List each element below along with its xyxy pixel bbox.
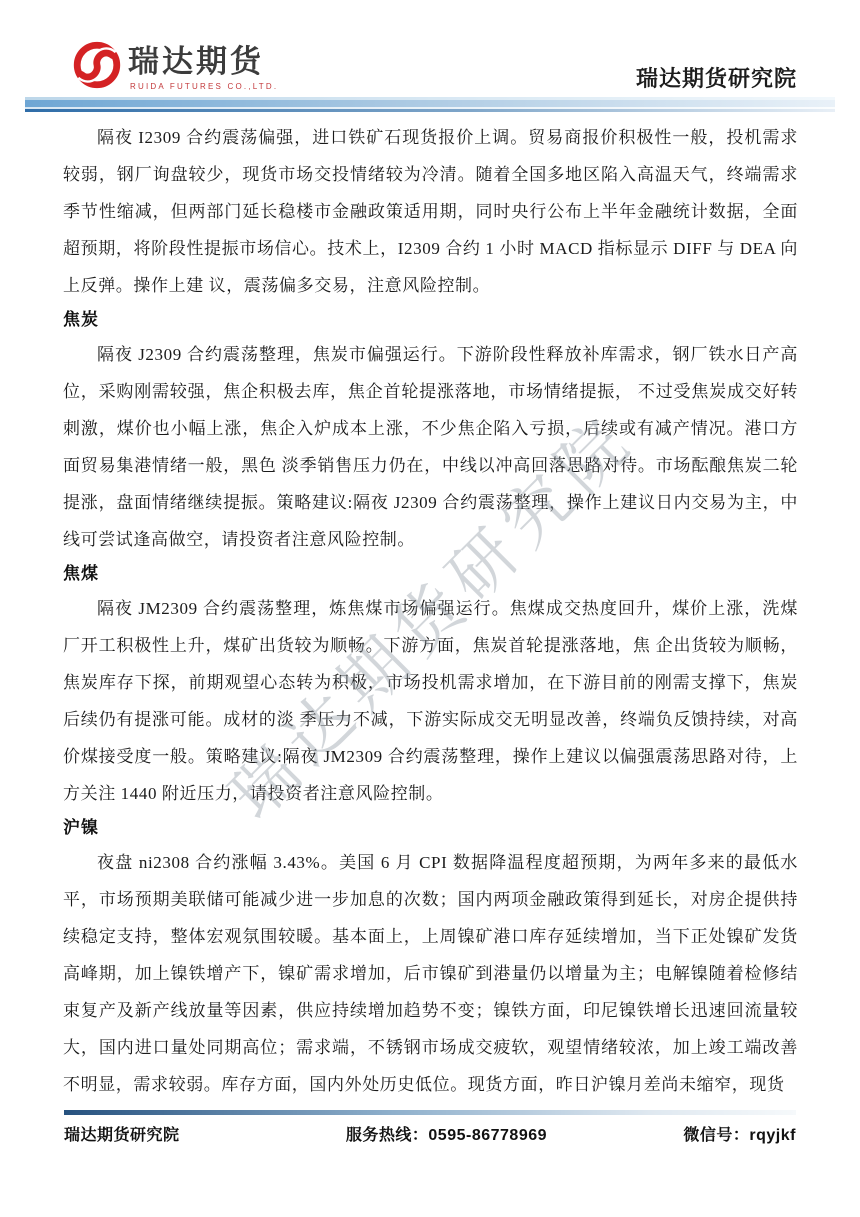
section-heading-nickel: 沪镍 [63, 813, 798, 843]
footer-wechat: 微信号：rqyjkf [683, 1122, 796, 1145]
report-body: 隔夜 I2309 合约震荡偏强，进口铁矿石现货报价上调。贸易商报价积极性一般，投… [63, 119, 798, 1103]
company-name-en: RUIDA FUTURES CO.,LTD. [130, 82, 278, 92]
footer-divider [64, 1110, 796, 1115]
header-divider [25, 97, 835, 112]
section-heading-coking-coal: 焦煤 [63, 559, 798, 589]
page-title: 瑞达期货研究院 [636, 62, 797, 93]
paragraph-nickel: 夜盘 ni2308 合约涨幅 3.43%。美国 6 月 CPI 数据降温程度超预… [63, 844, 798, 1103]
paragraph-iron-ore: 隔夜 I2309 合约震荡偏强，进口铁矿石现货报价上调。贸易商报价积极性一般，投… [63, 119, 798, 304]
ruida-logo-icon [72, 40, 122, 90]
footer: 瑞达期货研究院 服务热线：0595-86778969 微信号：rqyjkf [64, 1122, 796, 1145]
paragraph-coking-coal: 隔夜 JM2309 合约震荡整理，炼焦煤市场偏强运行。焦煤成交热度回升，煤价上涨… [63, 590, 798, 812]
company-logo: 瑞达期货 RUIDA FUTURES CO.,LTD. [72, 40, 278, 92]
report-page: 瑞达期货 RUIDA FUTURES CO.,LTD. 瑞达期货研究院 瑞达期货… [0, 0, 860, 1217]
footer-hotline: 服务热线：0595-86778969 [346, 1122, 547, 1145]
company-name: 瑞达期货 [128, 42, 278, 82]
section-heading-coke: 焦炭 [63, 305, 798, 335]
paragraph-coke: 隔夜 J2309 合约震荡整理，焦炭市偏强运行。下游阶段性释放补库需求，钢厂铁水… [63, 336, 798, 558]
footer-institute: 瑞达期货研究院 [64, 1122, 180, 1145]
